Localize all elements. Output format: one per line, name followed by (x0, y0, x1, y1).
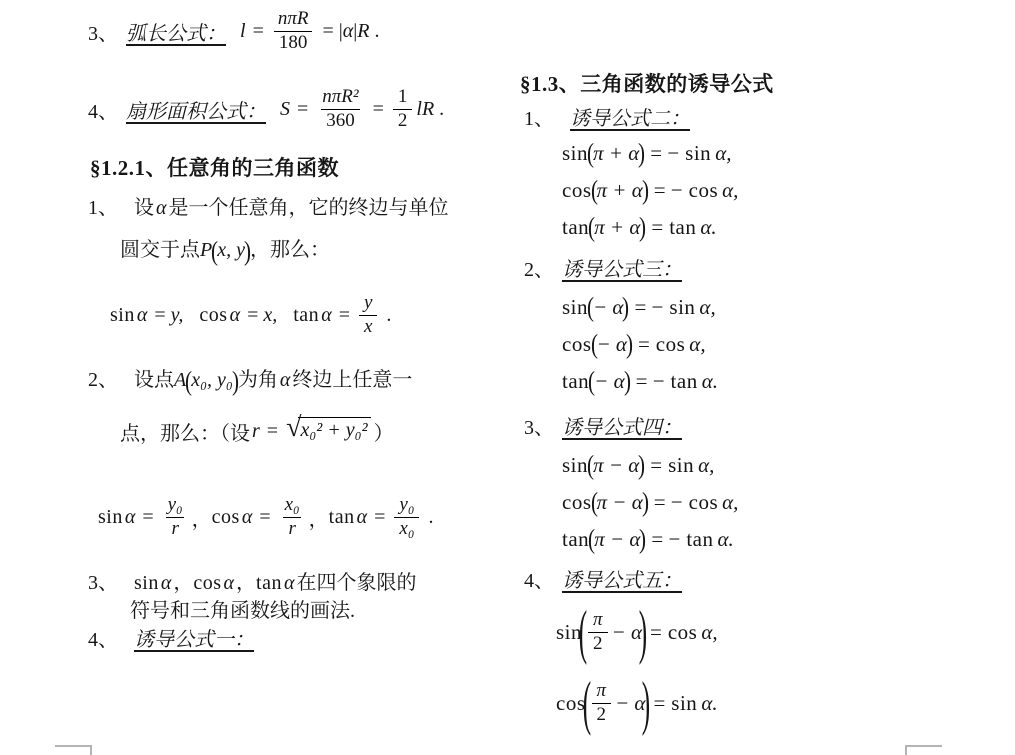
arc-length-label: 弧长公式： (126, 17, 226, 46)
fraction: π2 (591, 680, 611, 726)
math-var: x, (263, 304, 277, 327)
right-paren: ) (622, 294, 629, 321)
left-paren: ( (579, 604, 587, 661)
function-name: cos (689, 490, 719, 515)
function-name: sin (562, 453, 588, 478)
argument: π + α (593, 141, 639, 166)
radicand: x₀² + y₀² (298, 417, 370, 442)
equals-sign: = (373, 98, 384, 121)
left-paren: ( (588, 214, 595, 241)
function-name: tan (293, 304, 319, 327)
result-var: α, (722, 178, 738, 203)
formula-line: sin(− α)= −sinα, (562, 289, 716, 325)
formula-line: cos(π − α)= −cosα, (562, 484, 738, 520)
formula-line: cos(π + α)= −cosα, (562, 172, 738, 208)
right-paren: ) (642, 489, 649, 516)
text-run: ，那么： (250, 239, 330, 261)
function-name: cos (562, 178, 592, 203)
argument: π − α (594, 527, 640, 552)
math-args: x, y (217, 239, 245, 261)
paragraph-1-line-2: 圆交于点P(x, y)，那么： (120, 233, 330, 265)
fraction-denominator: r (283, 517, 300, 540)
left-paren: ( (587, 140, 594, 167)
result-var: α, (698, 453, 714, 478)
text-run: 设 (134, 197, 154, 219)
formula-line: cos(− α)=cosα, (562, 326, 706, 362)
period: . (428, 506, 433, 529)
paragraph-2-line-1: 2、设点A(x₀, y₀)为角α终边上任意一 (88, 363, 412, 395)
fraction: nπR²360 (317, 86, 363, 132)
math-var: α (230, 304, 241, 327)
equals-sign: = (651, 215, 663, 240)
function-name: tan (562, 215, 589, 240)
period: . (386, 304, 391, 327)
separator: ， (236, 572, 256, 594)
equals-sign: = (653, 691, 665, 716)
function-name: tan (256, 572, 282, 594)
fraction: yx (359, 292, 377, 338)
sector-area-formula-line: 4、 扇形面积公式： S = nπR²360 = 12 lR . (88, 78, 444, 140)
arc-length-formula-line: 3、 弧长公式： l = nπR180 = |α|R . (88, 4, 380, 58)
formula-line: sin(π + α)= −sinα, (562, 135, 731, 171)
equals-sign: = (638, 332, 650, 357)
fraction: x₀r (280, 494, 305, 540)
function-name: tan (686, 527, 713, 552)
section-heading-121: §1.2.1、任意角的三角函数 (90, 152, 339, 182)
math-var: lR (416, 98, 434, 121)
fraction-numerator: x₀ (280, 494, 305, 516)
equals-sign: = (374, 506, 385, 529)
separator: ， (309, 503, 329, 532)
paragraph-3-line-2: 符号和三角函数线的画法. (130, 594, 355, 623)
fraction: y₀x₀ (394, 494, 419, 540)
argument: π − α (597, 490, 643, 515)
paragraph-3-line-1: 3、sinα，cosα，tanα在四个象限的 (88, 566, 416, 595)
page-margin-mark-right (905, 745, 942, 755)
formula-line: tan(π + α)=tanα. (562, 209, 717, 245)
math-var: α (284, 572, 295, 594)
result-var: α. (717, 527, 733, 552)
equals-sign: = (650, 453, 662, 478)
unit-circle-formulas: sinα =y, cosα =x, tanα = yx . (110, 290, 391, 340)
right-paren: ) (638, 140, 645, 167)
right-paren: ) (638, 452, 645, 479)
math-args: x₀, y₀ (191, 369, 233, 391)
fraction-numerator: π (588, 609, 608, 631)
function-name: tan (562, 527, 589, 552)
argument: π − α (593, 453, 639, 478)
separator: ， (192, 503, 212, 532)
text-run: 是一个任意角，它的终边与单位 (169, 197, 449, 219)
argument: − α (597, 332, 627, 357)
fraction-denominator: x₀ (394, 517, 419, 540)
equals-sign: = (650, 620, 662, 645)
result-var: α, (701, 620, 717, 645)
math-var: α (125, 506, 136, 529)
text-run: 设点 (134, 369, 174, 391)
left-paren: ( (588, 368, 595, 395)
function-name: tan (329, 506, 355, 529)
function-name: cos (193, 572, 221, 594)
math-var: α (357, 506, 368, 529)
fraction: nπR180 (273, 8, 314, 54)
period: . (439, 98, 444, 121)
induction-formula-1-label: 诱导公式一： (134, 629, 254, 651)
function-name: sin (110, 304, 135, 327)
induction-formula-1-line: 4、诱导公式一： (88, 623, 254, 652)
left-paren: ( (590, 331, 597, 358)
fraction-denominator: 360 (321, 109, 360, 132)
function-name: cos (562, 490, 592, 515)
function-name: cos (668, 620, 698, 645)
math-var: α (161, 572, 172, 594)
function-name: sin (671, 691, 697, 716)
group-1-title-line: 1、诱导公式二： (524, 102, 690, 131)
induction-formula-4-label: 诱导公式四： (562, 417, 682, 439)
fraction-numerator: nπR² (317, 86, 363, 108)
math-var: α (343, 20, 354, 43)
right-paren: ) (642, 177, 649, 204)
section-heading-13: §1.3、三角函数的诱导公式 (520, 68, 774, 98)
result-var: α, (689, 332, 705, 357)
fraction-denominator: 2 (393, 109, 413, 132)
function-name: tan (669, 215, 696, 240)
function-name: sin (562, 295, 588, 320)
radical-icon: √ (286, 414, 301, 442)
fraction-denominator: 2 (588, 632, 608, 655)
formula-line: sin(π − α)=sinα, (562, 447, 714, 483)
equals-sign: = (253, 20, 264, 43)
equals-sign: = (259, 506, 270, 529)
group-4-title-line: 4、诱导公式五： (524, 564, 682, 593)
function-name: sin (669, 295, 695, 320)
equals-sign: = (142, 506, 153, 529)
math-var: S (280, 98, 290, 121)
page-margin-mark-left (55, 745, 92, 755)
terminal-point-formulas: sinα = y₀r ， cosα = x₀r ， tanα = y₀x₀ . (98, 486, 433, 548)
list-number: 3、 (88, 572, 118, 594)
right-paren: ) (639, 214, 646, 241)
separator: ， (173, 572, 193, 594)
result-var: α, (699, 295, 715, 320)
fraction-denominator: r (166, 517, 183, 540)
list-number: 4、 (88, 95, 118, 124)
paragraph-2-line-2: 点，那么：（设 r = √x₀² + y₀² ） (120, 410, 394, 452)
result-var: α. (701, 691, 717, 716)
text-run: 终边上任意一 (292, 369, 412, 391)
right-paren: ) (244, 238, 251, 265)
result-var: α. (700, 215, 716, 240)
right-paren: ) (624, 368, 631, 395)
equals-sign: = (297, 98, 308, 121)
fraction-numerator: 1 (393, 86, 413, 108)
function-name: cos (556, 691, 586, 716)
equals-sign: = − (654, 178, 683, 203)
argument: π + α (597, 178, 643, 203)
function-name: sin (98, 506, 123, 529)
formula-line-big: cos ( π2 − α ) = sin α. (556, 668, 718, 738)
equals-sign: = (339, 304, 350, 327)
math-var: α (224, 572, 235, 594)
left-paren: ( (590, 489, 597, 516)
math-var: r (252, 420, 260, 443)
equals-sign: = − (636, 369, 665, 394)
list-number: 2、 (524, 259, 554, 281)
group-3-title-line: 3、诱导公式四： (524, 411, 682, 440)
result-var: α. (702, 369, 718, 394)
text-run: 在四个象限的 (296, 572, 416, 594)
formula-line: tan(− α)= −tanα. (562, 363, 718, 399)
math-var: R (357, 20, 369, 43)
sector-area-label: 扇形面积公式： (126, 95, 266, 124)
square-root: √x₀² + y₀² (286, 417, 371, 445)
fraction-numerator: y (359, 292, 377, 314)
list-number: 2、 (88, 369, 118, 391)
fraction-numerator: y₀ (163, 494, 188, 516)
text-run: ） (374, 417, 394, 446)
left-paren: ( (582, 675, 590, 732)
text-run: 圆交于点 (120, 239, 200, 261)
equals-sign: = (154, 304, 165, 327)
function-name: sin (668, 453, 694, 478)
right-paren: ) (639, 526, 646, 553)
text-run: 为角 (238, 369, 278, 391)
paragraph-1-line-1: 1、设α是一个任意角，它的终边与单位 (88, 191, 449, 220)
formula-line-big: sin ( π2 − α ) = cos α, (556, 597, 718, 667)
equals-sign: = − (654, 490, 683, 515)
equals-sign: = − (650, 141, 679, 166)
math-var: α (321, 304, 332, 327)
text-run: 点，那么：（设 (120, 417, 250, 446)
math-var: α (280, 369, 291, 391)
argument: π + α (594, 215, 640, 240)
fraction: 12 (393, 86, 413, 132)
equals-sign: = − (634, 295, 663, 320)
fraction-numerator: π (591, 680, 611, 702)
left-paren: ( (185, 368, 192, 395)
period: . (375, 20, 380, 43)
equals-sign: = − (651, 527, 680, 552)
fraction-numerator: nπR (273, 8, 314, 30)
equals-sign: = (267, 420, 278, 443)
left-paren: ( (587, 294, 594, 321)
function-name: tan (671, 369, 698, 394)
function-name: cos (562, 332, 592, 357)
right-paren: ) (642, 675, 650, 732)
induction-formula-5-label: 诱导公式五： (562, 570, 682, 592)
equals-sign: = (247, 304, 258, 327)
function-name: cos (689, 178, 719, 203)
equals-sign: = (322, 20, 333, 43)
function-name: cos (199, 304, 227, 327)
induction-formula-2-label: 诱导公式二： (570, 108, 690, 130)
right-paren: ) (639, 604, 647, 661)
right-paren: ) (232, 368, 239, 395)
argument: − α (593, 295, 623, 320)
formula-line: tan(π − α)= −tanα. (562, 521, 734, 557)
function-name: tan (562, 369, 589, 394)
list-number: 4、 (88, 629, 118, 651)
fraction-denominator: 180 (274, 31, 313, 54)
right-paren: ) (626, 331, 633, 358)
function-name: cos (656, 332, 686, 357)
result-var: α, (722, 490, 738, 515)
list-number: 4、 (524, 570, 554, 592)
document-page: 3、 弧长公式： l = nπR180 = |α|R . 4、 扇形面积公式： … (0, 0, 1015, 755)
left-paren: ( (590, 177, 597, 204)
function-name: cos (212, 506, 240, 529)
math-var: α (242, 506, 253, 529)
left-paren: ( (211, 238, 218, 265)
function-name: sin (134, 572, 159, 594)
group-2-title-line: 2、诱导公式三： (524, 253, 682, 282)
math-var: α (137, 304, 148, 327)
list-number: 3、 (88, 17, 118, 46)
left-paren: ( (587, 452, 594, 479)
induction-formula-3-label: 诱导公式三： (562, 259, 682, 281)
result-var: α, (715, 141, 731, 166)
fraction-numerator: y₀ (394, 494, 419, 516)
fraction: π2 (588, 609, 608, 655)
list-number: 1、 (524, 108, 554, 130)
argument: − α (594, 369, 624, 394)
fraction-denominator: x (359, 315, 377, 338)
math-var: y, (171, 304, 184, 327)
list-number: 3、 (524, 417, 554, 439)
function-name: sin (562, 141, 588, 166)
math-var: l (240, 20, 246, 43)
math-var: α (156, 197, 167, 219)
fraction: y₀r (163, 494, 188, 540)
list-number: 1、 (88, 197, 118, 219)
left-paren: ( (588, 526, 595, 553)
argument: − α (612, 620, 642, 645)
fraction-denominator: 2 (592, 703, 612, 726)
function-name: sin (685, 141, 711, 166)
